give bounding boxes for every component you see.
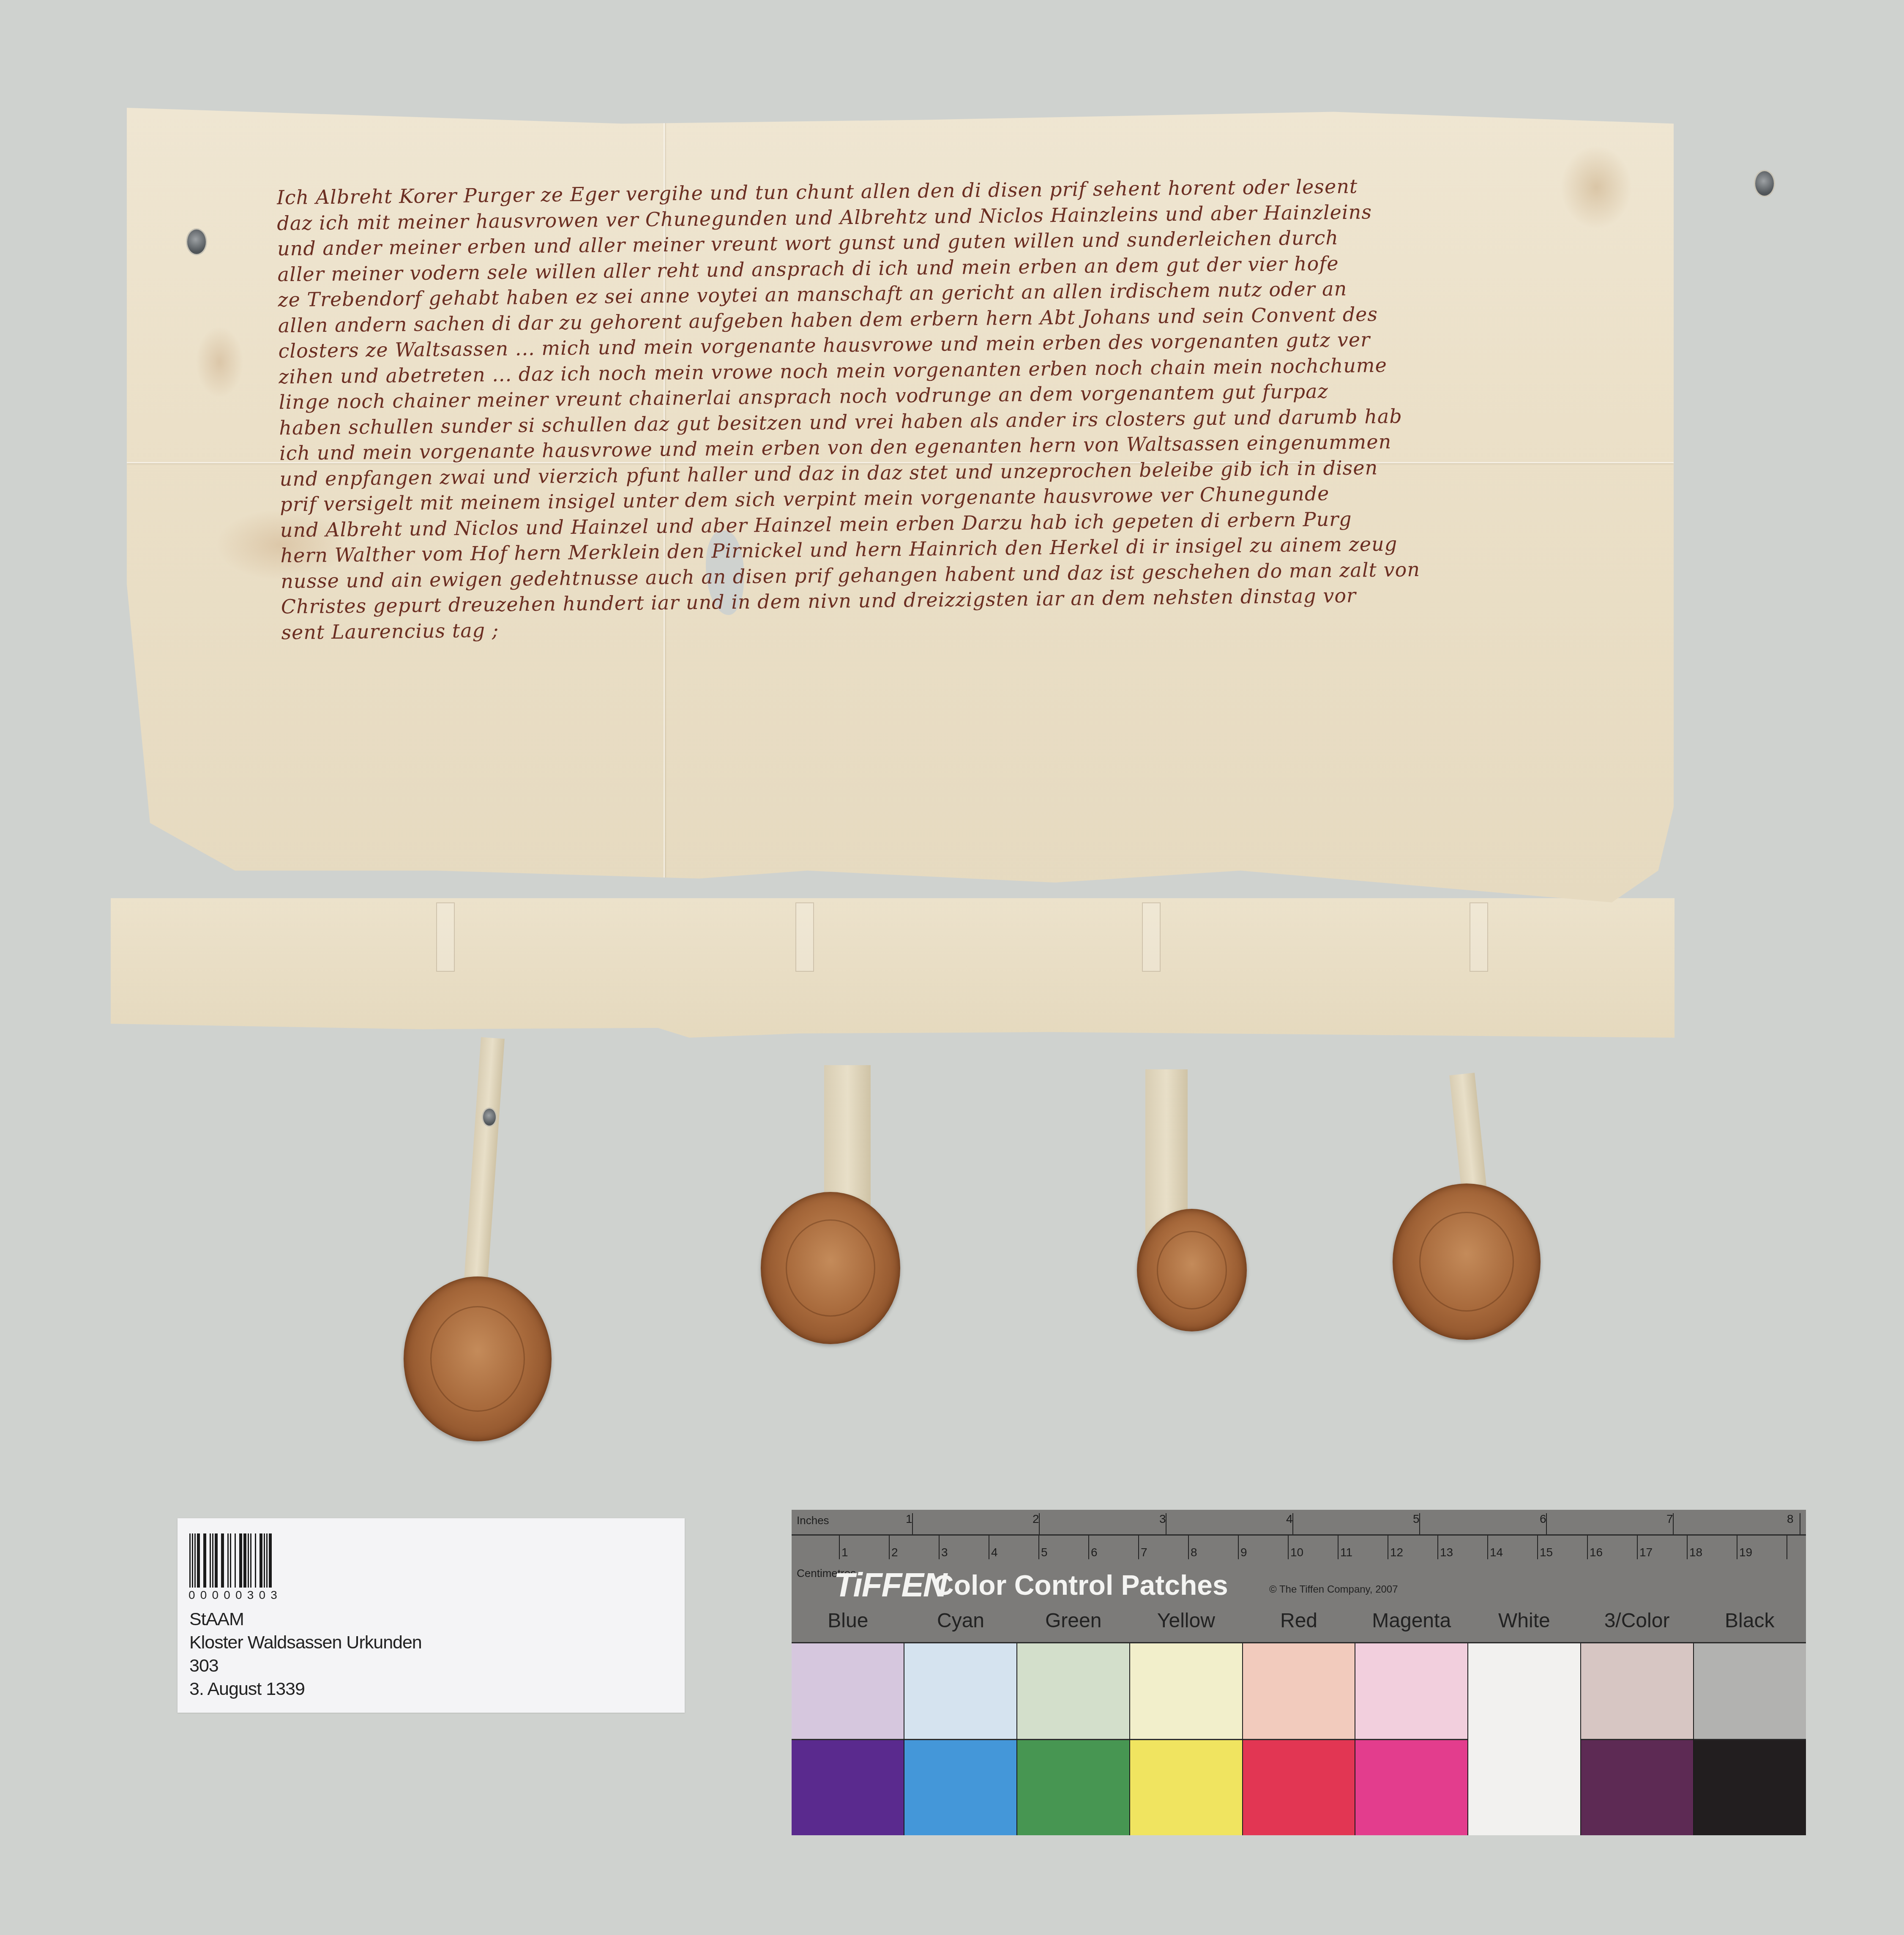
inch-tick-label: 5 [1413,1512,1420,1526]
barcode-digit: 3 [247,1588,254,1602]
patch-red [1243,1643,1356,1835]
cm-tick-label: 1 [841,1546,848,1559]
archive-label: 0 0 0 0 0 3 0 3 StAAM Kloster Waldsassen… [178,1518,685,1713]
barcode-digit: 3 [270,1588,277,1602]
seal-slot-2 [795,902,814,972]
cm-tick-label: 5 [1041,1546,1048,1559]
patch-label-red: Red [1243,1609,1355,1634]
barcode-digit: 0 [259,1588,266,1602]
charter-plica [111,898,1675,1038]
cm-tick-label: 6 [1091,1546,1098,1559]
seal-slot-4 [1470,902,1488,972]
seal-strap-1 [462,1037,505,1317]
patch-labels: Blue Cyan Green Yellow Red Magenta White… [792,1609,1806,1634]
cm-tick-label: 10 [1290,1546,1303,1559]
patch-label-green: Green [1017,1609,1130,1634]
patch-label-3color: 3/Color [1581,1609,1694,1634]
tiffen-logo: TiFFEN [834,1566,947,1604]
inch-tick-label: 7 [1666,1512,1673,1526]
wax-seal-3 [1137,1209,1247,1331]
cm-tick-label: 9 [1240,1546,1247,1559]
barcode-digit: 0 [224,1588,230,1602]
cm-tick-label: 14 [1490,1546,1503,1559]
wax-seal-2 [761,1192,900,1344]
seal-slot-1 [436,902,455,972]
cm-tick-label: 12 [1390,1546,1403,1559]
patch-label-magenta: Magenta [1355,1609,1468,1634]
seal-slot-3 [1142,902,1161,972]
document-number: 303 [189,1654,422,1678]
patch-black [1694,1643,1806,1835]
charter-text: Ich Albreht Korer Purger ze Eger vergihe… [276,170,1676,645]
patch-label-white: White [1468,1609,1581,1634]
tiffen-color-chart: Inches Centimetres 1 2 3 4 5 6 7 8 1 2 3… [792,1510,1806,1835]
cm-tick-label: 8 [1191,1546,1197,1559]
patch-label-blue: Blue [792,1609,904,1634]
inch-tick-label: 3 [1159,1512,1166,1526]
cm-tick-label: 7 [1141,1546,1147,1559]
color-patches [792,1642,1806,1835]
cm-tick-label: 13 [1440,1546,1453,1559]
cm-tick-label: 4 [991,1546,998,1559]
cm-tick-label: 16 [1590,1546,1603,1559]
cm-tick-label: 18 [1689,1546,1702,1559]
patch-cyan [904,1643,1017,1835]
patch-magenta [1355,1643,1468,1835]
patch-label-cyan: Cyan [904,1609,1017,1634]
cm-tick-label: 17 [1639,1546,1653,1559]
patch-3color [1581,1643,1694,1835]
patch-green [1017,1643,1130,1835]
mounting-pin-right [1754,170,1775,197]
inch-tick-label: 4 [1286,1512,1293,1526]
patch-white [1468,1643,1581,1835]
inch-tick-label: 1 [906,1512,912,1526]
barcode [189,1533,272,1588]
mounting-pin-left [186,228,207,255]
cm-tick-label: 2 [891,1546,898,1559]
cm-tick-label: 15 [1540,1546,1553,1559]
copyright-text: © The Tiffen Company, 2007 [1269,1584,1398,1596]
barcode-digit: 0 [235,1588,242,1602]
inch-tick-label: 8 [1787,1512,1794,1526]
barcode-digit: 0 [212,1588,219,1602]
cm-tick-label: 3 [941,1546,948,1559]
wax-seal-4 [1393,1183,1541,1340]
patch-blue [792,1643,904,1835]
patch-label-black: Black [1693,1609,1806,1634]
document-date: 3. August 1339 [189,1678,422,1701]
patch-yellow [1130,1643,1243,1835]
chart-title: Color Control Patches [934,1569,1228,1601]
mounting-pin-strap [482,1107,497,1127]
barcode-digit: 0 [188,1588,195,1602]
barcode-digit: 0 [200,1588,207,1602]
inches-label: Inches [797,1514,829,1527]
wax-seal-1 [404,1276,552,1441]
inch-ruler: Inches [792,1510,1806,1536]
collection-name: Kloster Waldsassen Urkunden [189,1631,422,1654]
cm-tick-label: 19 [1739,1546,1752,1559]
inch-tick-label: 2 [1033,1512,1039,1526]
cm-tick-label: 11 [1340,1546,1352,1559]
archive-name: StAAM [189,1608,422,1631]
inch-tick-label: 6 [1540,1512,1546,1526]
barcode-number: 0 0 0 0 0 3 0 3 [188,1588,277,1602]
patch-label-yellow: Yellow [1130,1609,1243,1634]
